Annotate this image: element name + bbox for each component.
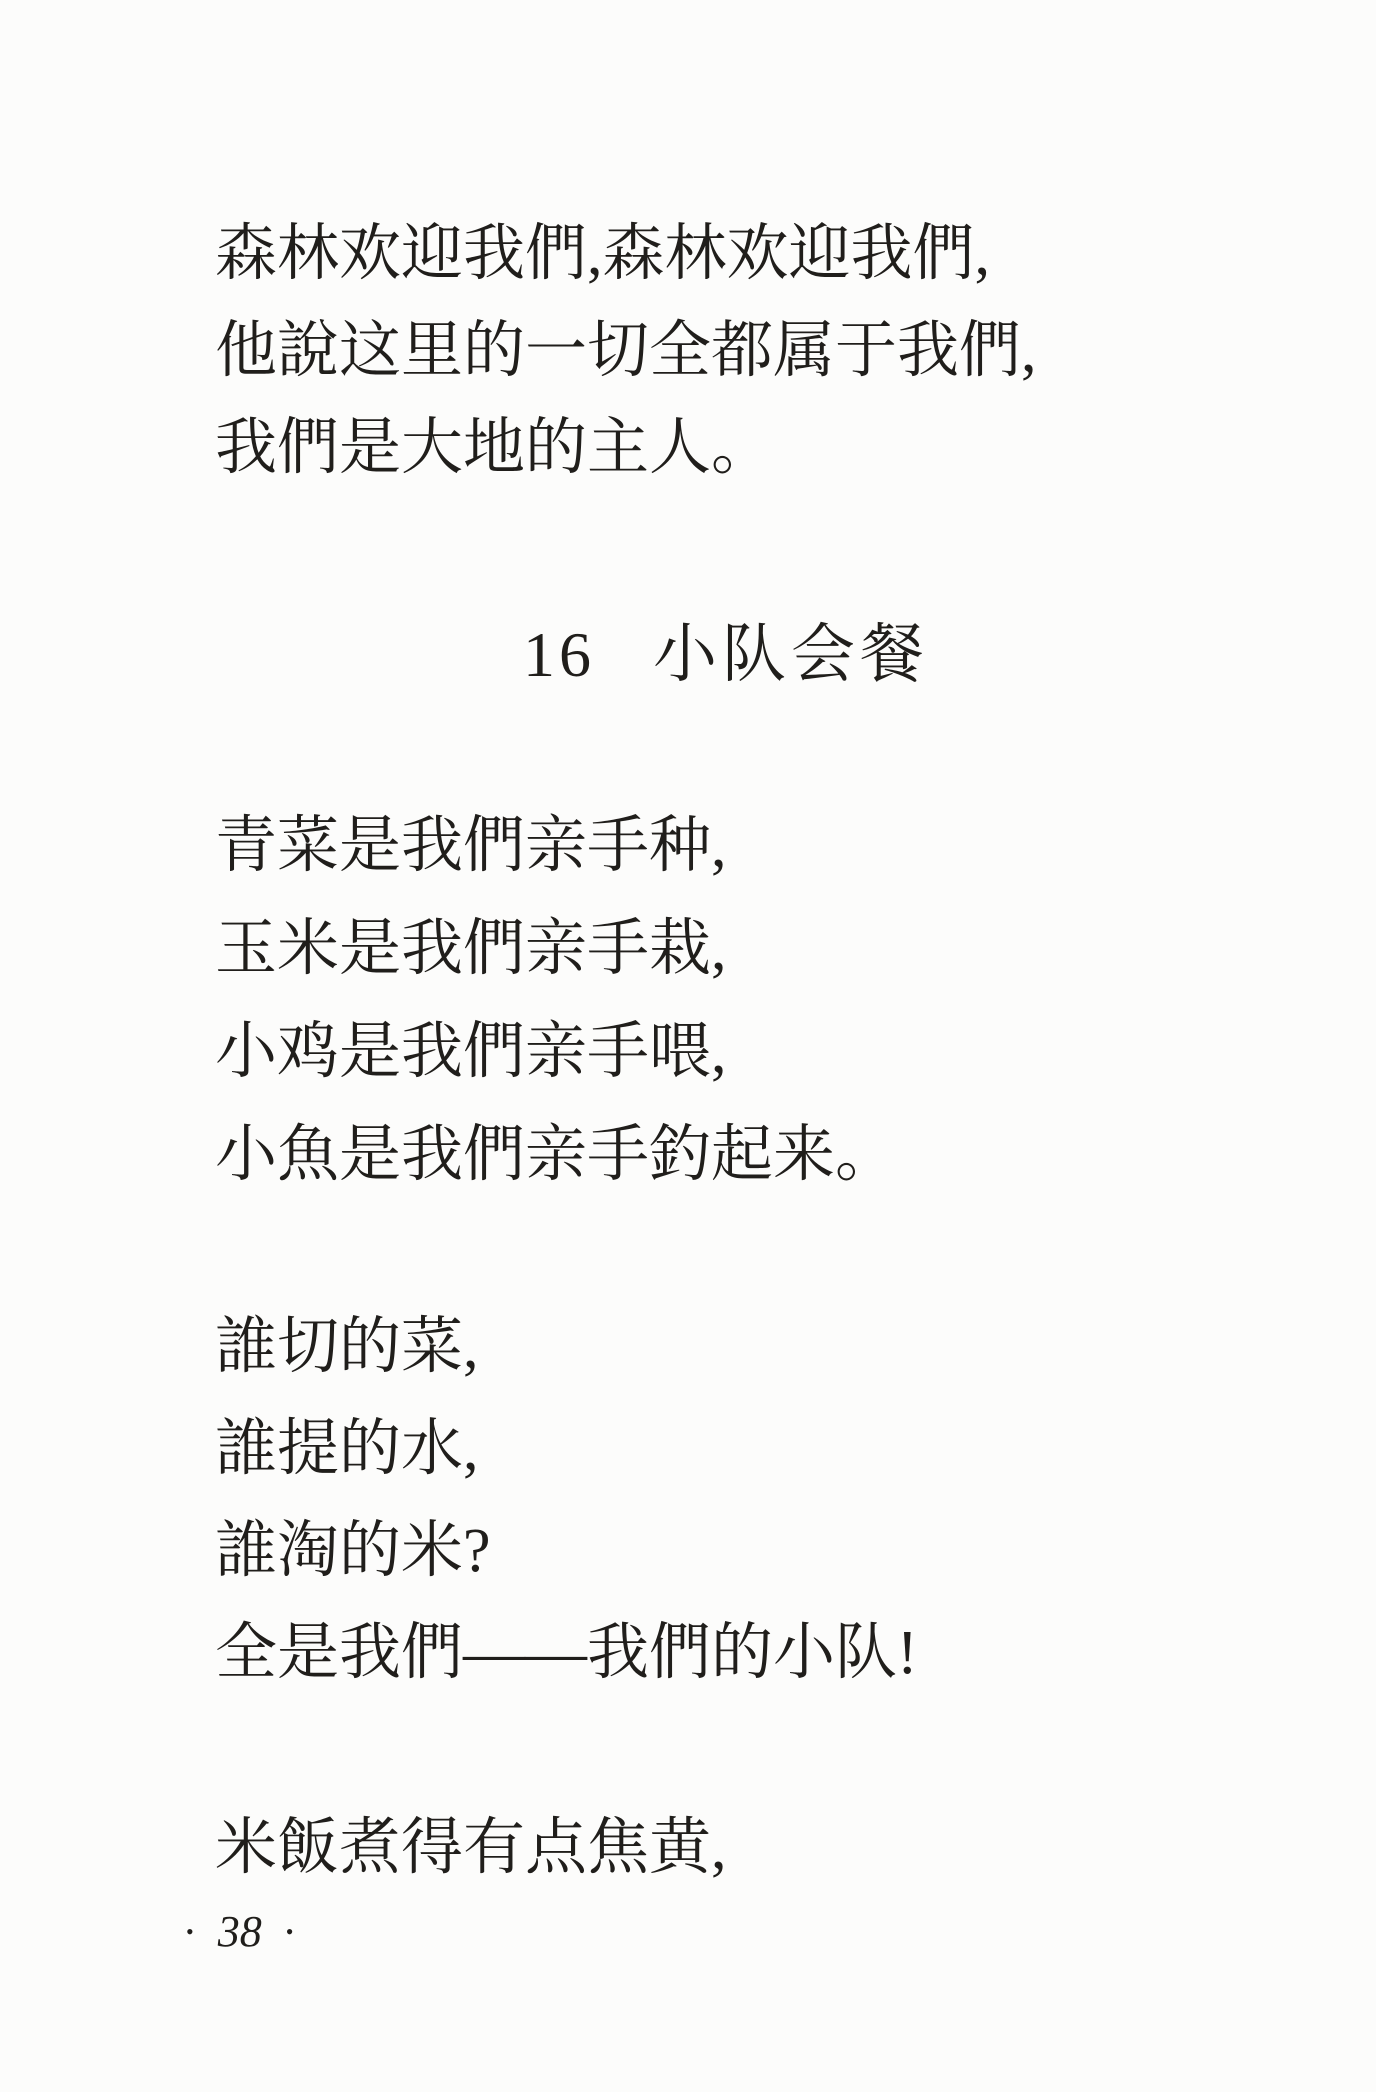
- poem-line: 森林欢迎我們,森林欢迎我們,: [215, 206, 1037, 303]
- poem-line: 他說这里的一切全都属于我們,: [215, 303, 1037, 400]
- poem-line: 誰提的水,: [215, 1398, 918, 1500]
- poem-line: 米飯煮得有点焦黄,: [215, 1797, 727, 1899]
- poem-line: 玉米是我們亲手栽,: [215, 898, 897, 1001]
- stanza-previous-poem: 森林欢迎我們,森林欢迎我們, 他說这里的一切全都属于我們, 我們是大地的主人。: [215, 206, 1037, 497]
- page-number-value: 38: [218, 1906, 262, 1959]
- page-number-bullet-left: •: [186, 1921, 194, 1943]
- stanza-2: 誰切的菜, 誰提的水, 誰淘的米? 全是我們——我們的小队!: [215, 1296, 918, 1704]
- chapter-title: 16 小队会餐: [523, 607, 929, 703]
- poem-line: 小鸡是我們亲手喂,: [215, 1001, 897, 1104]
- chapter-number: 16: [523, 607, 595, 703]
- poem-line: 誰切的菜,: [215, 1296, 918, 1398]
- page-number: • 38 •: [186, 1906, 293, 1959]
- poem-line: 誰淘的米?: [215, 1500, 918, 1602]
- chapter-name: 小队会餐: [653, 607, 929, 703]
- poem-line: 全是我們——我們的小队!: [215, 1602, 918, 1704]
- poem-line: 我們是大地的主人。: [215, 400, 1037, 497]
- poem-line: 青菜是我們亲手种,: [215, 795, 897, 898]
- page-number-bullet-right: •: [286, 1921, 294, 1943]
- stanza-3: 米飯煮得有点焦黄,: [215, 1797, 727, 1899]
- stanza-1: 青菜是我們亲手种, 玉米是我們亲手栽, 小鸡是我們亲手喂, 小魚是我們亲手釣起来…: [215, 795, 897, 1207]
- poem-line: 小魚是我們亲手釣起来。: [215, 1104, 897, 1207]
- book-page: 森林欢迎我們,森林欢迎我們, 他說这里的一切全都属于我們, 我們是大地的主人。 …: [0, 0, 1376, 2092]
